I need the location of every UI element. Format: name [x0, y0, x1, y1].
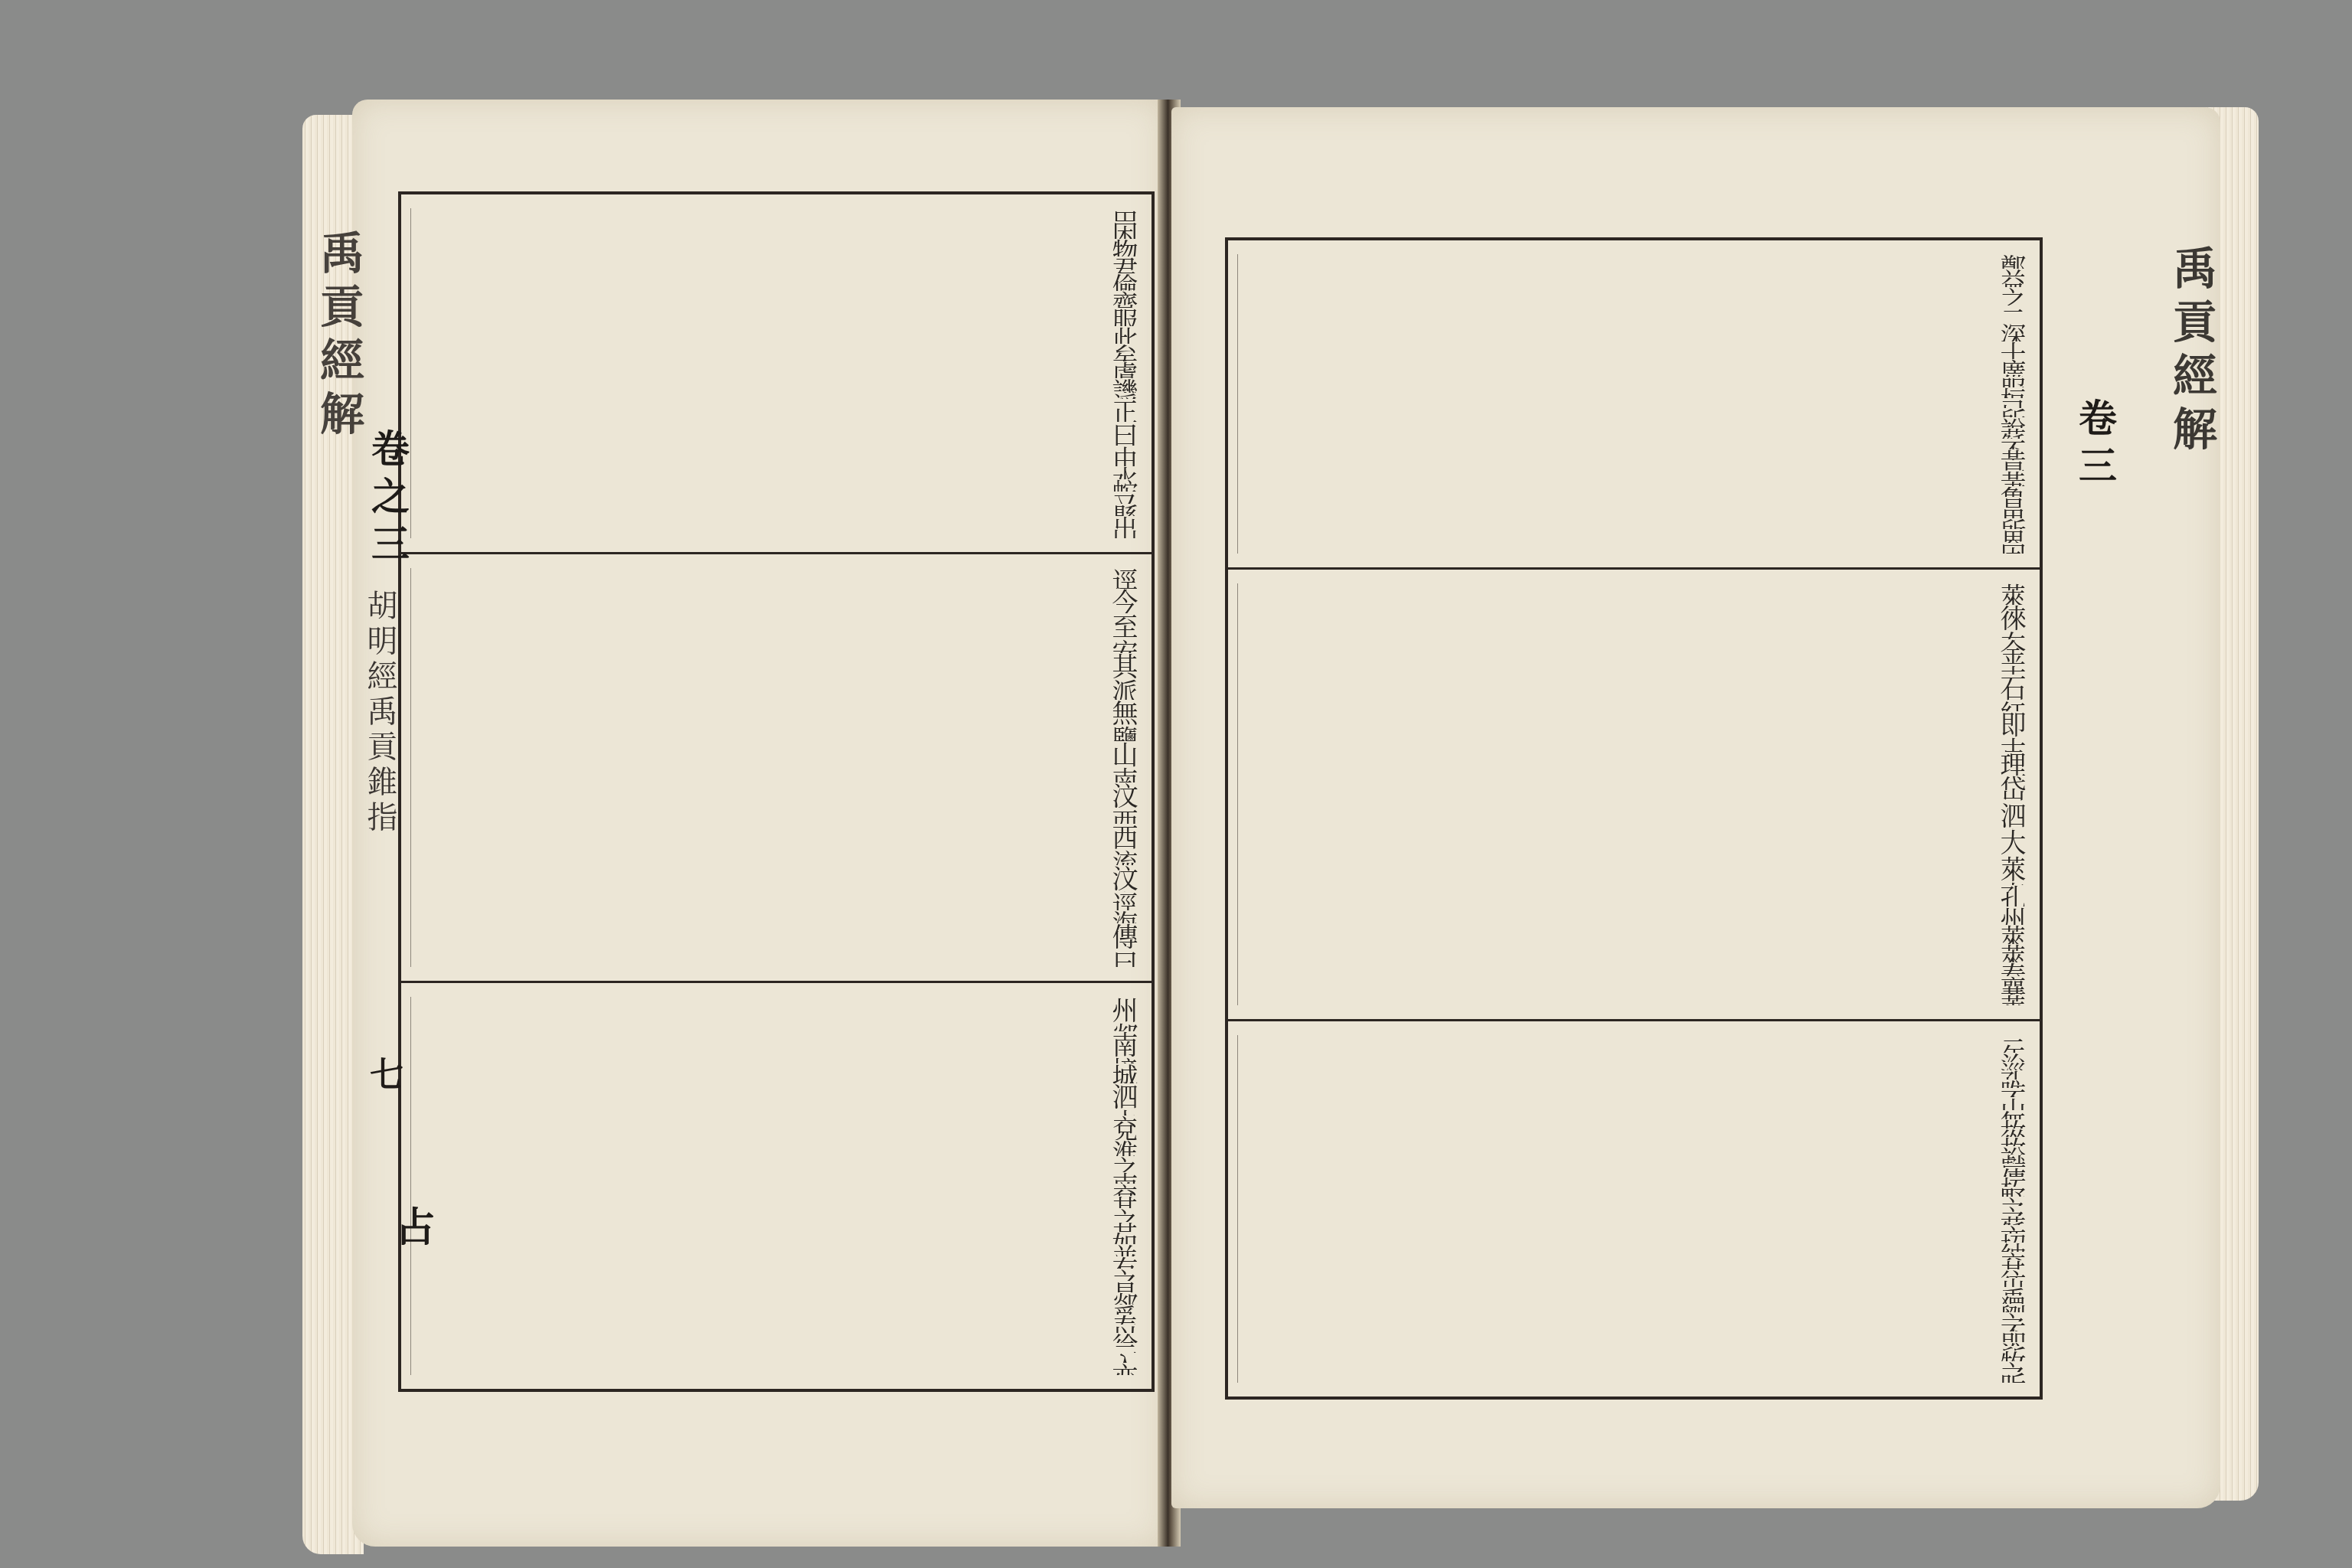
text-column: 泗水滕縣嶧縣金鄉魚臺濟寧嘉祥鉅野: [410, 1083, 1142, 1116]
text-column: 由漯以入河可知矣其東北境徑浮濟不必從汶也: [410, 446, 1142, 466]
text-column: 柘屬也檿絲是蠶食檿桑所: [1237, 1177, 2030, 1187]
text-column: 理極細密者以書名之: [1237, 752, 2030, 776]
right-band-top: 鄭人詐之曰此怪石也怪石似玉故可以相誑益稷濬畎澮距川傳曰一畎之間廣尺深尺曰畎方百里…: [1228, 240, 2040, 570]
text-column: 淄內地宜先治之此成功: [1237, 1062, 2030, 1071]
text-column: 襄公六年齊滅萊: [1237, 976, 2030, 995]
text-column: 黃丹一名朱粉可以代丹堊故貢: [1237, 471, 2030, 482]
text-column: 出焉雖汶別爲圖其猶洛之有波矣流水西南流逕乘丘: [410, 516, 1142, 538]
text-column: 昕金與之罘文登不其距艾等: [1237, 1372, 2030, 1383]
text-column: 兗州等處皆有繭紬其纖: [1237, 1252, 2030, 1261]
text-column: 二耜爲耦一耦之伐廣尺深尺謂之畎田首倍之廣二尺: [1237, 305, 2030, 324]
text-column: 禹貢之檿絲古今事變不: [1237, 1287, 2030, 1296]
text-column: 萊夷青州之夷其地在萊山: [1237, 856, 2030, 885]
left-band-bottom: 州郯城費縣及平陰之南境濟南府則新泰南境青州府則蒙陰沂水莒州日照及諸城之南境皆古徐…: [401, 983, 1151, 1389]
text-column: 逕龍鄉故城南又西南逕: [410, 892, 1142, 911]
text-column: 亦不言獨萊夷貢之也登: [1237, 1225, 2030, 1234]
text-column: 如泰井天下置: [410, 1232, 1142, 1244]
text-column: 兗州府則滋陽曲阜寧陽鄒縣: [410, 1116, 1142, 1140]
text-column: 即古怪石之遺也桑欽謂鉛可以爲硯: [1237, 711, 2030, 751]
text-column: 傳曰檿桑蠶絲中琴瑟弦正: [1237, 1168, 2030, 1178]
text-column: 界猶有美松見第二十四卷汶水昔秦始皇: [1237, 529, 2030, 543]
text-column: 益稷濬畎澮距川傳曰一畎之間廣尺深尺曰畎方百里: [1237, 269, 2030, 287]
text-column: 儉錦之然猶幾不能勝齊俗之侈蓋自景公: [410, 273, 1142, 291]
text-column: 故必兼畜牧而後可以厚: [1237, 1119, 2030, 1129]
left-edge-volume: 卷之三: [360, 429, 415, 571]
text-column: 並吾甲父凡二: [410, 1244, 1142, 1256]
text-column: 大山以南之山泗水所出: [1237, 829, 2030, 856]
text-column: 所出不盡美故繫之以岱畎: [1237, 408, 2030, 417]
open-book: 田出玉而貢漆綿者非齊民所能困學紀聞曰地理志謂齊俗彌侈織作冰紈物號爲冠帶衣履天下臨…: [0, 0, 2352, 1568]
text-column: 有須句顓臾鄅: [410, 1256, 1142, 1269]
text-column: 傳曰東至海北至岱南及淮林氏曰一州之境必有四至七: [410, 923, 1142, 967]
text-column: 水經注汶水出泰山萊蕪縣原山: [410, 466, 1142, 479]
text-column: 牧說者皆因之以作牧爲一事: [1237, 1351, 2030, 1361]
right-page-frame: 鄭人詐之曰此怪石也怪石似玉故可以相誑益稷濬畎澮距川傳曰一畎之間廣尺深尺曰畎方百里…: [1225, 237, 2043, 1400]
text-column: 金吉甫云登州黃縣有萊山紅絲: [1237, 639, 2030, 674]
text-column: 甚堅韌嘗詢諸土人野蠶: [1237, 1260, 2030, 1269]
text-column: 入淮源委皆: [410, 1353, 1142, 1363]
right-band-bottom: 二國與萊錯壤而居夷亦年紀人伐夷傳二十九年治萊夷而禹不然者蓋以淄內地宜先治之此成功…: [1228, 1021, 2040, 1396]
text-column: 曰不言達河者因於兗也渭按此經蒙兗之文曰達于濟則: [410, 422, 1142, 446]
text-column: 不生中間又有萊膠勞成: [1237, 1088, 2030, 1097]
text-column: 招遠等縣亦有之其繭生: [1237, 1233, 2030, 1243]
text-column: 淮安府之桃源宿遷: [410, 1140, 1142, 1156]
text-column: 黃丹皆化鉛爲之土宿眞言本草: [1237, 449, 2030, 460]
text-column: 州郯城費縣及平陰之南境濟南府則新泰: [410, 997, 1142, 1031]
text-column: 萊夷今登州萊州: [1237, 944, 2030, 962]
text-column: 已故命曰布衣是枲賤於絲也: [1237, 398, 2030, 408]
text-column: 廣二尋深二仞謂之澮專達於川各載其名: [1237, 359, 2030, 373]
text-column: 無幾齊地負海潟鹵少五: [1237, 1110, 2030, 1119]
text-column: 之物而此獨以絲蓋或弦或: [1237, 1206, 2030, 1216]
text-column: 孔子齊人故曰萊人: [1237, 885, 2030, 906]
text-column: 劉原父日青徐揚三篚皆: [1237, 1304, 2030, 1313]
text-column: 困學紀聞曰地理志謂齊俗彌侈織作冰紈: [410, 221, 1142, 239]
text-column: 春秋泗上日: [410, 1315, 1142, 1325]
right-edge-volume: 卷三: [2067, 398, 2122, 493]
text-column: 桓寬鹽鐵論曰古者庶人耋老而: [1237, 387, 2030, 398]
text-column: 虞有之而墨子以爲亂君之所造不亦誣乎: [410, 361, 1142, 379]
text-column: 不可通也明矣檿絲雖出萊: [1237, 1321, 2030, 1331]
text-column: 岱山之陽或以泗濱浮磬: [1237, 776, 2030, 802]
text-column: 南境青州府則蒙陰沂水莒州日照及諸: [410, 1031, 1142, 1063]
text-column: 萊山在黃縣東南: [1237, 925, 2030, 943]
text-column: 海岱及淮惟徐州: [410, 910, 1142, 923]
text-column: 唯吳幼淸不然今按萊夷: [1237, 1080, 2030, 1089]
left-page-number: 七: [358, 1057, 407, 1090]
text-column: 年紀人伐夷傳二十九年: [1237, 1044, 2030, 1053]
text-column: 其所列唯魯郡: [410, 1196, 1142, 1208]
text-column: 物號爲冠帶衣履天下臨淄有服官墨子曰: [410, 239, 1142, 256]
text-column: 春秋萊子國: [1237, 962, 2030, 975]
text-column: 故改從吳氏金吉甫曰萊: [1237, 1137, 2030, 1146]
left-edge-number: 占: [383, 1206, 440, 1255]
text-column: 之山繭渭按絲不入篚而檿: [1237, 1197, 2030, 1207]
text-column: 之彭城徐州臨淮: [410, 1208, 1142, 1222]
text-column: 之封皆在焉春: [410, 1269, 1142, 1281]
text-column: 汶西逕郈亭北又西至壽張故城東遂爲澤渚其右一汶: [410, 782, 1142, 824]
text-column: 其地爲徐州: [410, 1222, 1142, 1232]
text-column: 不必以岱畎爲貝遂隱而不傳矣: [1237, 439, 2030, 449]
text-column: 是氏之庸注云: [410, 1281, 1142, 1293]
text-column: 今汶上縣東又西南逕壽張縣北: [410, 589, 1142, 613]
text-column: 鄭人詐之曰此怪石也怪石似玉故可以相誑: [1237, 254, 2030, 269]
text-column: 因封其樹爲五大夫岱畎之多松: [1237, 543, 2030, 554]
text-column: 西流逕無鹽縣故城城在今東又西逕郈鄉城南又西南: [410, 824, 1142, 865]
left-margin-title: 胡明經禹貢錐指: [358, 590, 402, 836]
text-column: 浮于汶達于濟: [410, 393, 1142, 399]
left-band-middle: 逕東平章縣南有章縣故城今汶上縣東又西南逕壽張縣北至安民亭入于濟今州西南十里安汶水…: [401, 554, 1151, 983]
text-column: 里實岱之支峰特異其名耳水經: [1237, 508, 2030, 518]
text-column: 出至少官長欲市取亦無: [1237, 1278, 2030, 1287]
text-column: 汶水合俗謂之牟汶又東南逕奉高: [410, 865, 1142, 891]
text-column: 紬久而不敝斯所謂出東: [1237, 1243, 2030, 1252]
text-column: 譏齊俗之侈而不自覺其言之過耳: [410, 378, 1142, 393]
right-edge-title: 禹貢經解: [2159, 245, 2223, 459]
text-column: 徠在南與新泰接其材可用之也: [1237, 605, 2030, 639]
text-column: 從舊解則作字頗贅且經: [1237, 1129, 2030, 1138]
text-column: 說文鉛青金也本草鉛一名黑錫: [1237, 417, 2030, 428]
text-column: 至安民亭入于濟今州西南十里安汶水自桃鄉四分: [410, 613, 1142, 653]
text-column: 徐則大矣周: [410, 1333, 1142, 1343]
text-column: 十里爲成成間廣八尺深八尺謂之洫方百里爲同同間: [1237, 341, 2030, 360]
text-column: 齊有三服官春獻冠幘縰爲首服紈素爲冬: [410, 291, 1142, 309]
text-column: 所謂徂徠之松也鄒山記曰徂徠: [1237, 518, 2030, 529]
text-column: 萊侯之國: [1237, 995, 2030, 1005]
text-column: 之江南徐州及邳州: [410, 1156, 1142, 1172]
text-column: 孔傳云萊夷地名可以放: [1237, 1070, 2030, 1080]
text-column: 此然自春秋以前皆未嘗有也故青州貢絲: [410, 326, 1142, 344]
text-column: 往往得之不過數枚欲製: [1237, 1269, 2030, 1279]
text-column: 爲貢徐州之: [410, 1305, 1142, 1315]
text-column: 二國與萊錯壤而居夷亦: [1237, 1035, 2030, 1044]
text-column: 田出玉而貢漆綿者非齊民所能: [410, 208, 1142, 221]
text-column: 山及嶧養澤元和志云澤四十里今爲: [1237, 1097, 2030, 1110]
text-column: 獨出於東萊也亦通矣: [1237, 1295, 2030, 1303]
text-column: 是尺松桷有舃路寢孔碩徂徠山: [1237, 497, 2030, 508]
text-column: 魯頌閟宮之卒章曰徂來之松新: [1237, 486, 2030, 497]
text-column: 之地三面瀕海皆爲斥鹵五穀: [1237, 1361, 2030, 1372]
text-column: 說也禹貢周官未有以畜: [1237, 1146, 2030, 1155]
text-column: 野蠶之絲蘇氏曰檿桑出東: [1237, 1187, 2030, 1197]
text-column: 正義曰地理志云汶水出泰山萊蕪縣原山西南入濟桑氏: [410, 399, 1142, 423]
text-column: 以徐爲青: [410, 1325, 1142, 1333]
right-page: 鄭人詐之曰此怪石也怪石似玉故可以相誑益稷濬畎澮距川傳曰一畎之間廣尺深尺曰畎方百里…: [1171, 107, 2220, 1508]
text-column: 石紅黃相參如今萊之紅石可爲器: [1237, 675, 2030, 712]
text-column: 泗水出陪尾山泗水所出: [1237, 802, 2030, 829]
text-column: 之貝錦具出島夷則下文: [1237, 1312, 2030, 1321]
text-column: 云江南曰揚: [410, 1343, 1142, 1353]
text-column: 蘇氏云檿絲出東萊萊夷: [1237, 1216, 2030, 1225]
text-column: 君之所造其本皆興於齊景公喜奢而忘儉: [410, 256, 1142, 274]
text-column: 矣豫貢絺紵揚篚貝錦舜觀古人之象以作: [410, 344, 1142, 361]
text-column: 最多一變而成胡粉再變而成黃: [1237, 460, 2030, 471]
text-column: 即墨縣西介在膠州之南隱元: [1237, 1331, 2030, 1342]
text-column: 縣故城東又東南注于洙水按: [410, 504, 1142, 516]
text-column: 蘇頌曰鉛生蜀郡平澤今有銀坑: [1237, 428, 2030, 439]
text-column: 服傳牡麻者枲麻也則枲是雄麻: [1237, 377, 2030, 387]
text-column: 萊夷作牧厥篚檿絲: [1237, 583, 2030, 605]
text-column: 南境青域高密: [410, 1172, 1142, 1184]
text-column: 山南世謂之又西合爲一水西南入茂都澱即今南旺湖: [410, 741, 1142, 782]
text-column: 其派別之處謂之四汶口即今戴村壩地其左二水雙流西南至: [410, 653, 1142, 700]
text-column: 亦不韋亦得以: [410, 1363, 1142, 1375]
text-column: 州之萊夷殆不然: [1237, 906, 2030, 925]
text-column: 兗域東平之須: [410, 1184, 1142, 1196]
text-column: 深二尺謂之遂九夫爲井井間廣四尺深四尺謂之溝方: [1237, 323, 2030, 341]
right-band-middle: 萊夷作牧厥篚檿絲徠在南與新泰接其材可用之也金吉甫云登州黃縣有萊山紅絲石紅黃相參如…: [1228, 570, 2040, 1021]
left-edge-title: 禹貢經解: [306, 230, 371, 444]
text-column: 又西南逕剛縣北今寧陽縣境: [410, 492, 1142, 504]
text-column: 蛇丘故城本魯蛇淵囿漢置縣: [410, 479, 1142, 492]
text-column: 逕東平章縣南有章縣故城: [410, 568, 1142, 589]
text-column: 無鹽縣之郈鄉城南又西南逕東平陸故城北又西逕危: [410, 700, 1142, 741]
left-page-frame: 田出玉而貢漆綿者非齊民所能困學紀聞曰地理志謂齊俗彌侈織作冰紈物號爲冠帶衣履天下臨…: [398, 191, 1155, 1392]
text-column: 治萊夷而禹不然者蓋以: [1237, 1053, 2030, 1062]
text-column: 服又有冰綺方空音孔縠吹綸絮之目齊俗之: [410, 308, 1142, 326]
text-column: 郯城內安日大: [410, 1292, 1142, 1305]
text-column: 獻有鈸牛盧犬之類蓋非: [1237, 1155, 2030, 1164]
text-column: 城之南境皆古徐州域也: [410, 1063, 1142, 1083]
left-page: 田出玉而貢漆綿者非齊民所能困學紀聞曰地理志謂齊俗彌侈織作冰紈物號爲冠帶衣履天下臨…: [352, 100, 1164, 1547]
left-band-top: 田出玉而貢漆綿者非齊民所能困學紀聞曰地理志謂齊俗彌侈織作冰紈物號爲冠帶衣履天下臨…: [401, 194, 1151, 554]
text-column: 之間廣二尋深二仞曰澮正義曰匠人爲溝洫耜廣五寸: [1237, 287, 2030, 305]
